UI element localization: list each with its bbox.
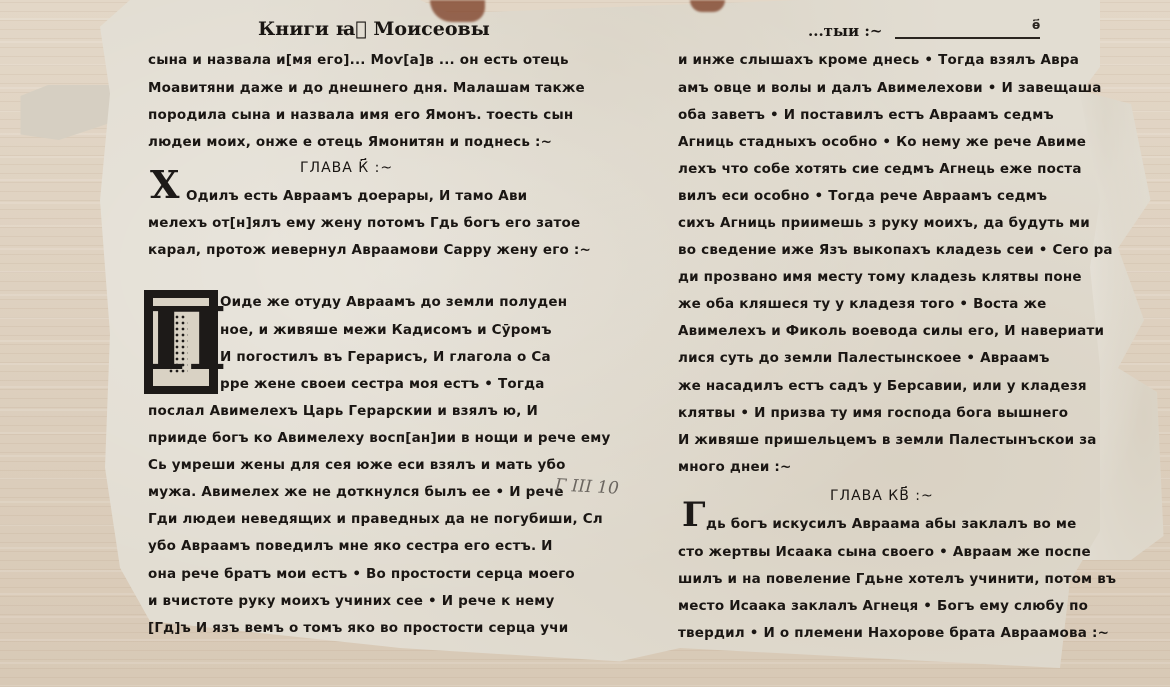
text-line: место Исаака заклалъ Агнеця • Богъ ему с… [678,598,1088,614]
text-line: карал, протож иевернул Авраамови Сарру ж… [148,242,591,258]
chapter-heading-20: ГЛАВА К҃ :~ [300,160,393,176]
text-line: во сведение иже Язъ выкопахъ кладезь сеи… [678,242,1113,258]
text-line: шилъ и на повеление Гдьне хотелъ учинити… [678,571,1116,587]
ornamental-initial: П [144,290,218,394]
text-line: И живяше пришельцемъ в земли Палестынъск… [678,432,1097,448]
text-line: породила сына и назвала имя его Ямонъ. т… [148,107,573,123]
text-line: амъ овце и волы и далъ Авимелехови • И з… [678,80,1102,96]
drop-cap-initial: Х [150,166,179,204]
text-line: дь богъ искусилъ Авраама абы заклалъ во … [706,516,1076,532]
chapter-heading-22: ГЛАВА КВ҃ :~ [830,488,934,504]
text-line: много днеи :~ [678,459,792,475]
text-line: твердил • И о племени Нахорове брата Авр… [678,625,1109,641]
text-line: ное, и живяше межи Кадисомъ и Сӯромъ [220,322,552,338]
text-line: И погостилъ въ Герарисъ, И глагола о Са [220,349,551,365]
text-line: же оба кляшеся ту у кладезя того • Воста… [678,296,1047,312]
text-line: мелехъ от[н]ялъ ему жену потомъ Гдь богъ… [148,215,580,231]
text-line: ди прозвано имя месту тому кладезь клятв… [678,269,1082,285]
text-line: Авимелехъ и Фиколь воевода силы его, И н… [678,323,1104,339]
text-line: убо Авраамъ поведилъ мне яко сестра его … [148,538,553,554]
text-line: она рече братъ мои естъ • Во простости с… [148,566,575,582]
text-line: сына и назвала и[мя его]... Моѵ[а]в ... … [148,52,569,68]
text-line: Одилъ есть Авраамъ доерары, И тамо Ави [186,188,527,204]
text-line: вилъ еси особно • Тогда рече Авраамъ сед… [678,188,1047,204]
text-line: Агниць стадныхъ особно • Ко нему же рече… [678,134,1086,150]
floral-ornament-icon [168,314,188,374]
text-line: людеи моих, онже е отець Ямонитян и подн… [148,134,552,150]
text-line: лися суть до земли Палестынскоее • Авраа… [678,350,1050,366]
folio-number: ѳ҃ [1032,18,1040,32]
text-line: клятвы • И призва ту имя господа бога вы… [678,405,1068,421]
pencil-shelfmark: Г III 10 [555,475,620,498]
text-line: Сь умреши жены для сея юже еси взялъ и м… [148,457,566,473]
text-line: прииде богъ ко Авимелеху восп[ан]ии в но… [148,430,610,446]
header-rule [895,37,1040,39]
text-line: сихъ Агниць приимешь з руку моихъ, да бу… [678,215,1090,231]
text-line: сто жертвы Исаака сына своего • Авраам ж… [678,544,1091,560]
text-line: оба заветъ • И поставилъ естъ Авраамъ се… [678,107,1054,123]
text-line: [Гд]ъ И язъ вемъ о томъ яко во простости… [148,620,568,636]
text-line: послал Авимелехъ Царь Герарскии и взялъ … [148,403,538,419]
text-line: Гди людеи неведящих и праведных да не по… [148,511,603,527]
text-line: Оиде же отуду Авраамъ до земли полуден [220,294,567,310]
text-line: лехъ что собе хотять сие седмъ Агнець еж… [678,161,1082,177]
running-header-left: Книги ꙗ҃ Моисеовы [258,18,490,40]
text-line: и вчистоте руку моихъ учиних сее • И реч… [148,593,554,609]
text-line: и инже слышахъ кроме днесь • Тогда взялъ… [678,52,1079,68]
text-line: рре жене своеи сестра моя естъ • Тогда [220,376,545,392]
text-line: мужа. Авимелех же не доткнулся былъ ее •… [148,484,564,500]
text-line: Моавитяни даже и до днешнего дня. Малаша… [148,80,585,96]
text-line: же насадилъ естъ садъ у Берсавии, или у … [678,378,1087,394]
running-header-right: ...тыи :~ [808,22,882,40]
drop-cap-initial: Г [682,498,705,532]
